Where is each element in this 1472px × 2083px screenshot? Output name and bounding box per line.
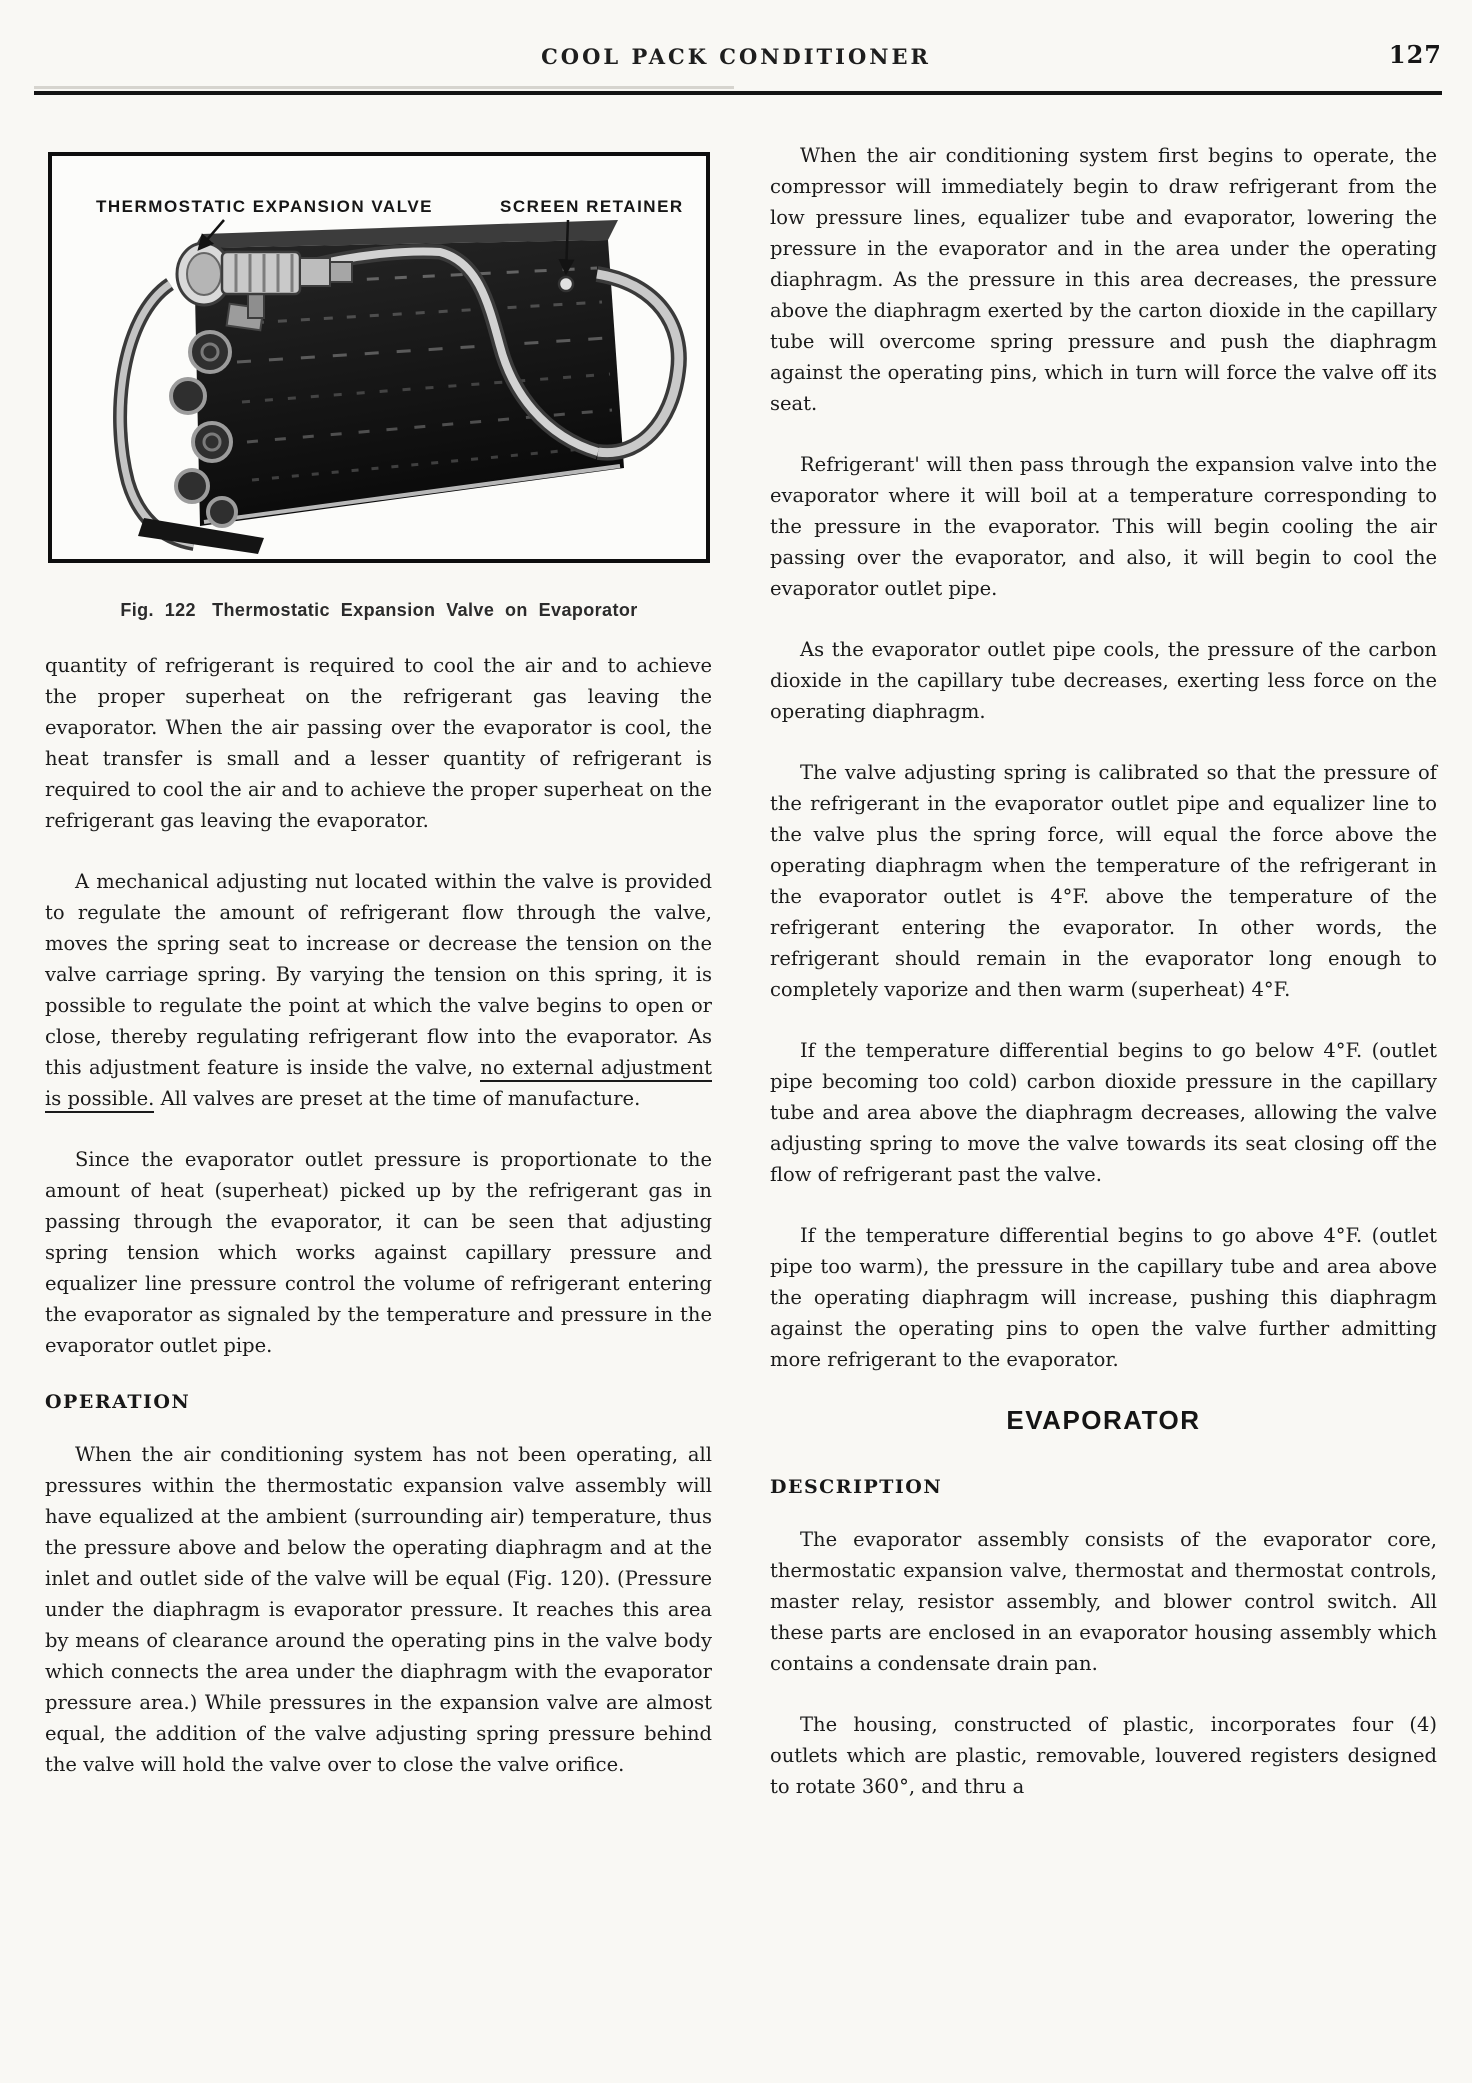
right-column: When the air conditioning system first b… — [770, 140, 1437, 1832]
page-number: 127 — [1389, 40, 1442, 69]
evaporator-heading: EVAPORATOR — [770, 1405, 1437, 1436]
right-paragraph-spring-calibrated: The valve adjusting spring is calibrated… — [770, 757, 1437, 1005]
figure-label-screen-retainer: SCREEN RETAINER — [500, 197, 684, 216]
left-column: quantity of refrigerant is required to c… — [45, 650, 712, 1810]
manual-page: COOL PACK CONDITIONER 127 — [0, 0, 1472, 2083]
right-paragraph-refrigerant-pass: Refrigerant' will then pass through the … — [770, 449, 1437, 604]
left-paragraph-continued: quantity of refrigerant is required to c… — [45, 650, 712, 836]
text-run: All valves are preset at the time of man… — [154, 1087, 640, 1110]
header-rule-scan-shadow — [34, 86, 734, 89]
description-heading: DESCRIPTION — [770, 1476, 1437, 1498]
left-paragraph-operation: When the air conditioning system has not… — [45, 1439, 712, 1780]
right-paragraph-differential-above: If the temperature differential begins t… — [770, 1220, 1437, 1375]
left-paragraph-superheat: Since the evaporator outlet pressure is … — [45, 1144, 712, 1361]
running-header-title: COOL PACK CONDITIONER — [0, 44, 1472, 69]
figure-photo: THERMOSTATIC EXPANSION VALVE SCREEN RETA… — [52, 156, 706, 559]
operation-heading: OPERATION — [45, 1391, 712, 1413]
text-run: A mechanical adjusting nut located withi… — [45, 870, 712, 1079]
left-paragraph-adjusting-nut: A mechanical adjusting nut located withi… — [45, 866, 712, 1114]
screen-retainer-nut — [559, 277, 573, 291]
right-paragraph-outlet-cools: As the evaporator outlet pipe cools, the… — [770, 634, 1437, 727]
figure-label-thermostatic-expansion-valve: THERMOSTATIC EXPANSION VALVE — [96, 197, 433, 216]
header-rule — [34, 91, 1442, 95]
figure-122: THERMOSTATIC EXPANSION VALVE SCREEN RETA… — [48, 152, 710, 563]
right-paragraph-compressor: When the air conditioning system first b… — [770, 140, 1437, 419]
right-paragraph-differential-below: If the temperature differential begins t… — [770, 1035, 1437, 1190]
right-paragraph-assembly: The evaporator assembly consists of the … — [770, 1524, 1437, 1679]
right-paragraph-housing: The housing, constructed of plastic, inc… — [770, 1709, 1437, 1802]
figure-caption: Fig. 122 Thermostatic Expansion Valve on… — [48, 600, 710, 621]
